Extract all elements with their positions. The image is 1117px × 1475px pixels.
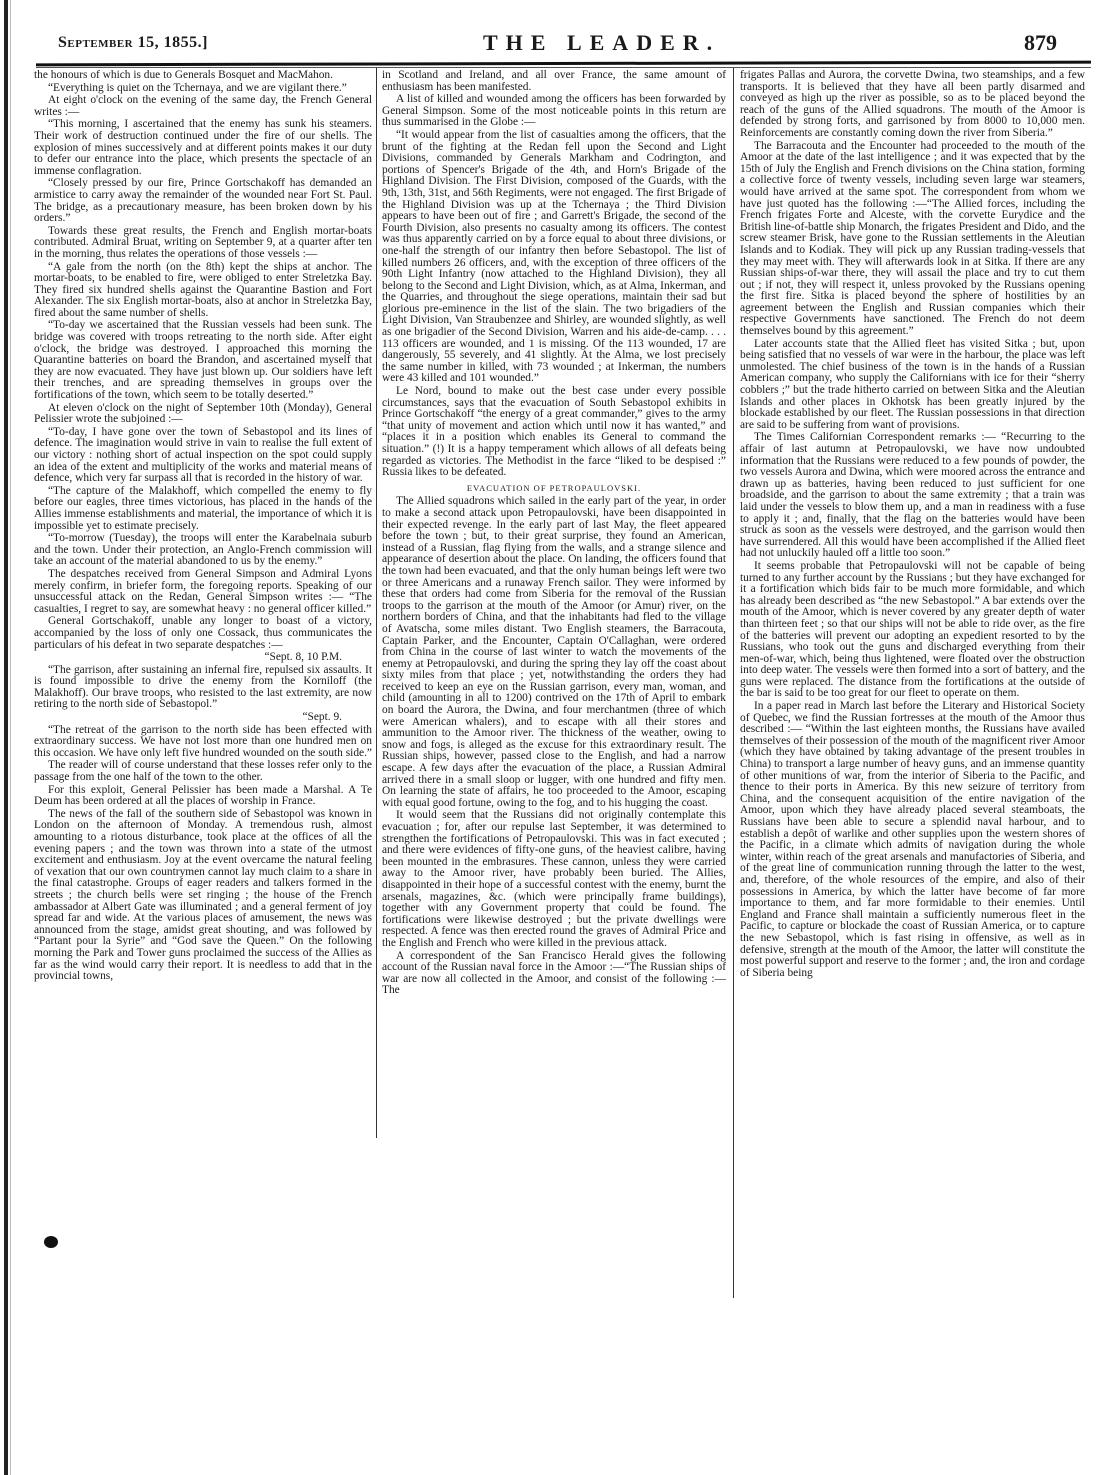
paragraph: the honours of which is due to Generals … [34, 70, 372, 82]
paragraph: A correspondent of the San Francisco Her… [382, 951, 726, 997]
paragraph: Later accounts state that the Allied fle… [740, 339, 1085, 432]
paragraph: General Gortschakoff, unable any longer … [34, 616, 372, 651]
ink-blot [44, 1236, 58, 1248]
dateline: “Sept. 9. [34, 712, 372, 724]
paragraph: It would seem that the Russians did not … [382, 810, 726, 949]
paragraph: The reader will of course understand tha… [34, 760, 372, 783]
paragraph: “The capture of the Malakhoff, which com… [34, 486, 372, 532]
paragraph: The news of the fall of the southern sid… [34, 809, 372, 983]
article-column-2: in Scotland and Ireland, and all over Fr… [382, 70, 726, 998]
paragraph: The despatches received from General Sim… [34, 569, 372, 615]
masthead: September 15, 1855.] THE LEADER. 879 [36, 28, 1097, 58]
header-rule-thin [36, 67, 1091, 68]
page-binding-edge-inner [10, 0, 11, 1475]
paragraph: “To-morrow (Tuesday), the troops will en… [34, 533, 372, 568]
paragraph: “The garrison, after sustaining an infer… [34, 665, 372, 711]
paragraph: “The retreat of the garrison to the nort… [34, 725, 372, 760]
column-divider [376, 68, 377, 1138]
issue-date: September 15, 1855.] [58, 34, 208, 52]
paragraph: It seems probable that Petropaulovski wi… [740, 561, 1085, 700]
paragraph: “It would appear from the list of casual… [382, 130, 726, 385]
paragraph: For this exploit, General Pelissier has … [34, 785, 372, 808]
paragraph: Le Nord, bound to make out the best case… [382, 386, 726, 479]
paragraph: The Barracouta and the Encounter had pro… [740, 141, 1085, 338]
paragraph: “Everything is quiet on the Tchernaya, a… [34, 83, 372, 95]
paragraph: A list of killed and wounded among the o… [382, 94, 726, 129]
paragraph: “A gale from the north (on the 8th) kept… [34, 262, 372, 320]
dateline: “Sept. 8, 10 P.M. [34, 652, 372, 664]
article-column-1: the honours of which is due to Generals … [34, 70, 372, 984]
paragraph: At eleven o'clock on the night of Septem… [34, 403, 372, 426]
article-column-3: frigates Pallas and Aurora, the corvette… [740, 70, 1085, 980]
paragraph: “To-day we ascertained that the Russian … [34, 320, 372, 401]
newspaper-title: THE LEADER. [483, 30, 720, 56]
paragraph: The Times Californian Correspondent rema… [740, 432, 1085, 560]
column-divider [733, 68, 734, 1298]
paragraph: Towards these great results, the French … [34, 226, 372, 261]
paragraph: At eight o'clock on the evening of the s… [34, 95, 372, 118]
paragraph: in Scotland and Ireland, and all over Fr… [382, 70, 726, 93]
page-binding-edge [4, 0, 8, 1475]
paragraph: frigates Pallas and Aurora, the corvette… [740, 70, 1085, 140]
paragraph: In a paper read in March last before the… [740, 701, 1085, 979]
paragraph: “To-day, I have gone over the town of Se… [34, 427, 372, 485]
paragraph: “This morning, I ascertained that the en… [34, 119, 372, 177]
header-rule [36, 61, 1091, 67]
page-number: 879 [1024, 30, 1057, 56]
paragraph: The Allied squadrons which sailed in the… [382, 496, 726, 809]
paragraph: “Closely pressed by our fire, Prince Gor… [34, 178, 372, 224]
section-heading: EVACUATION OF PETROPAULOVSKI. [382, 483, 726, 495]
